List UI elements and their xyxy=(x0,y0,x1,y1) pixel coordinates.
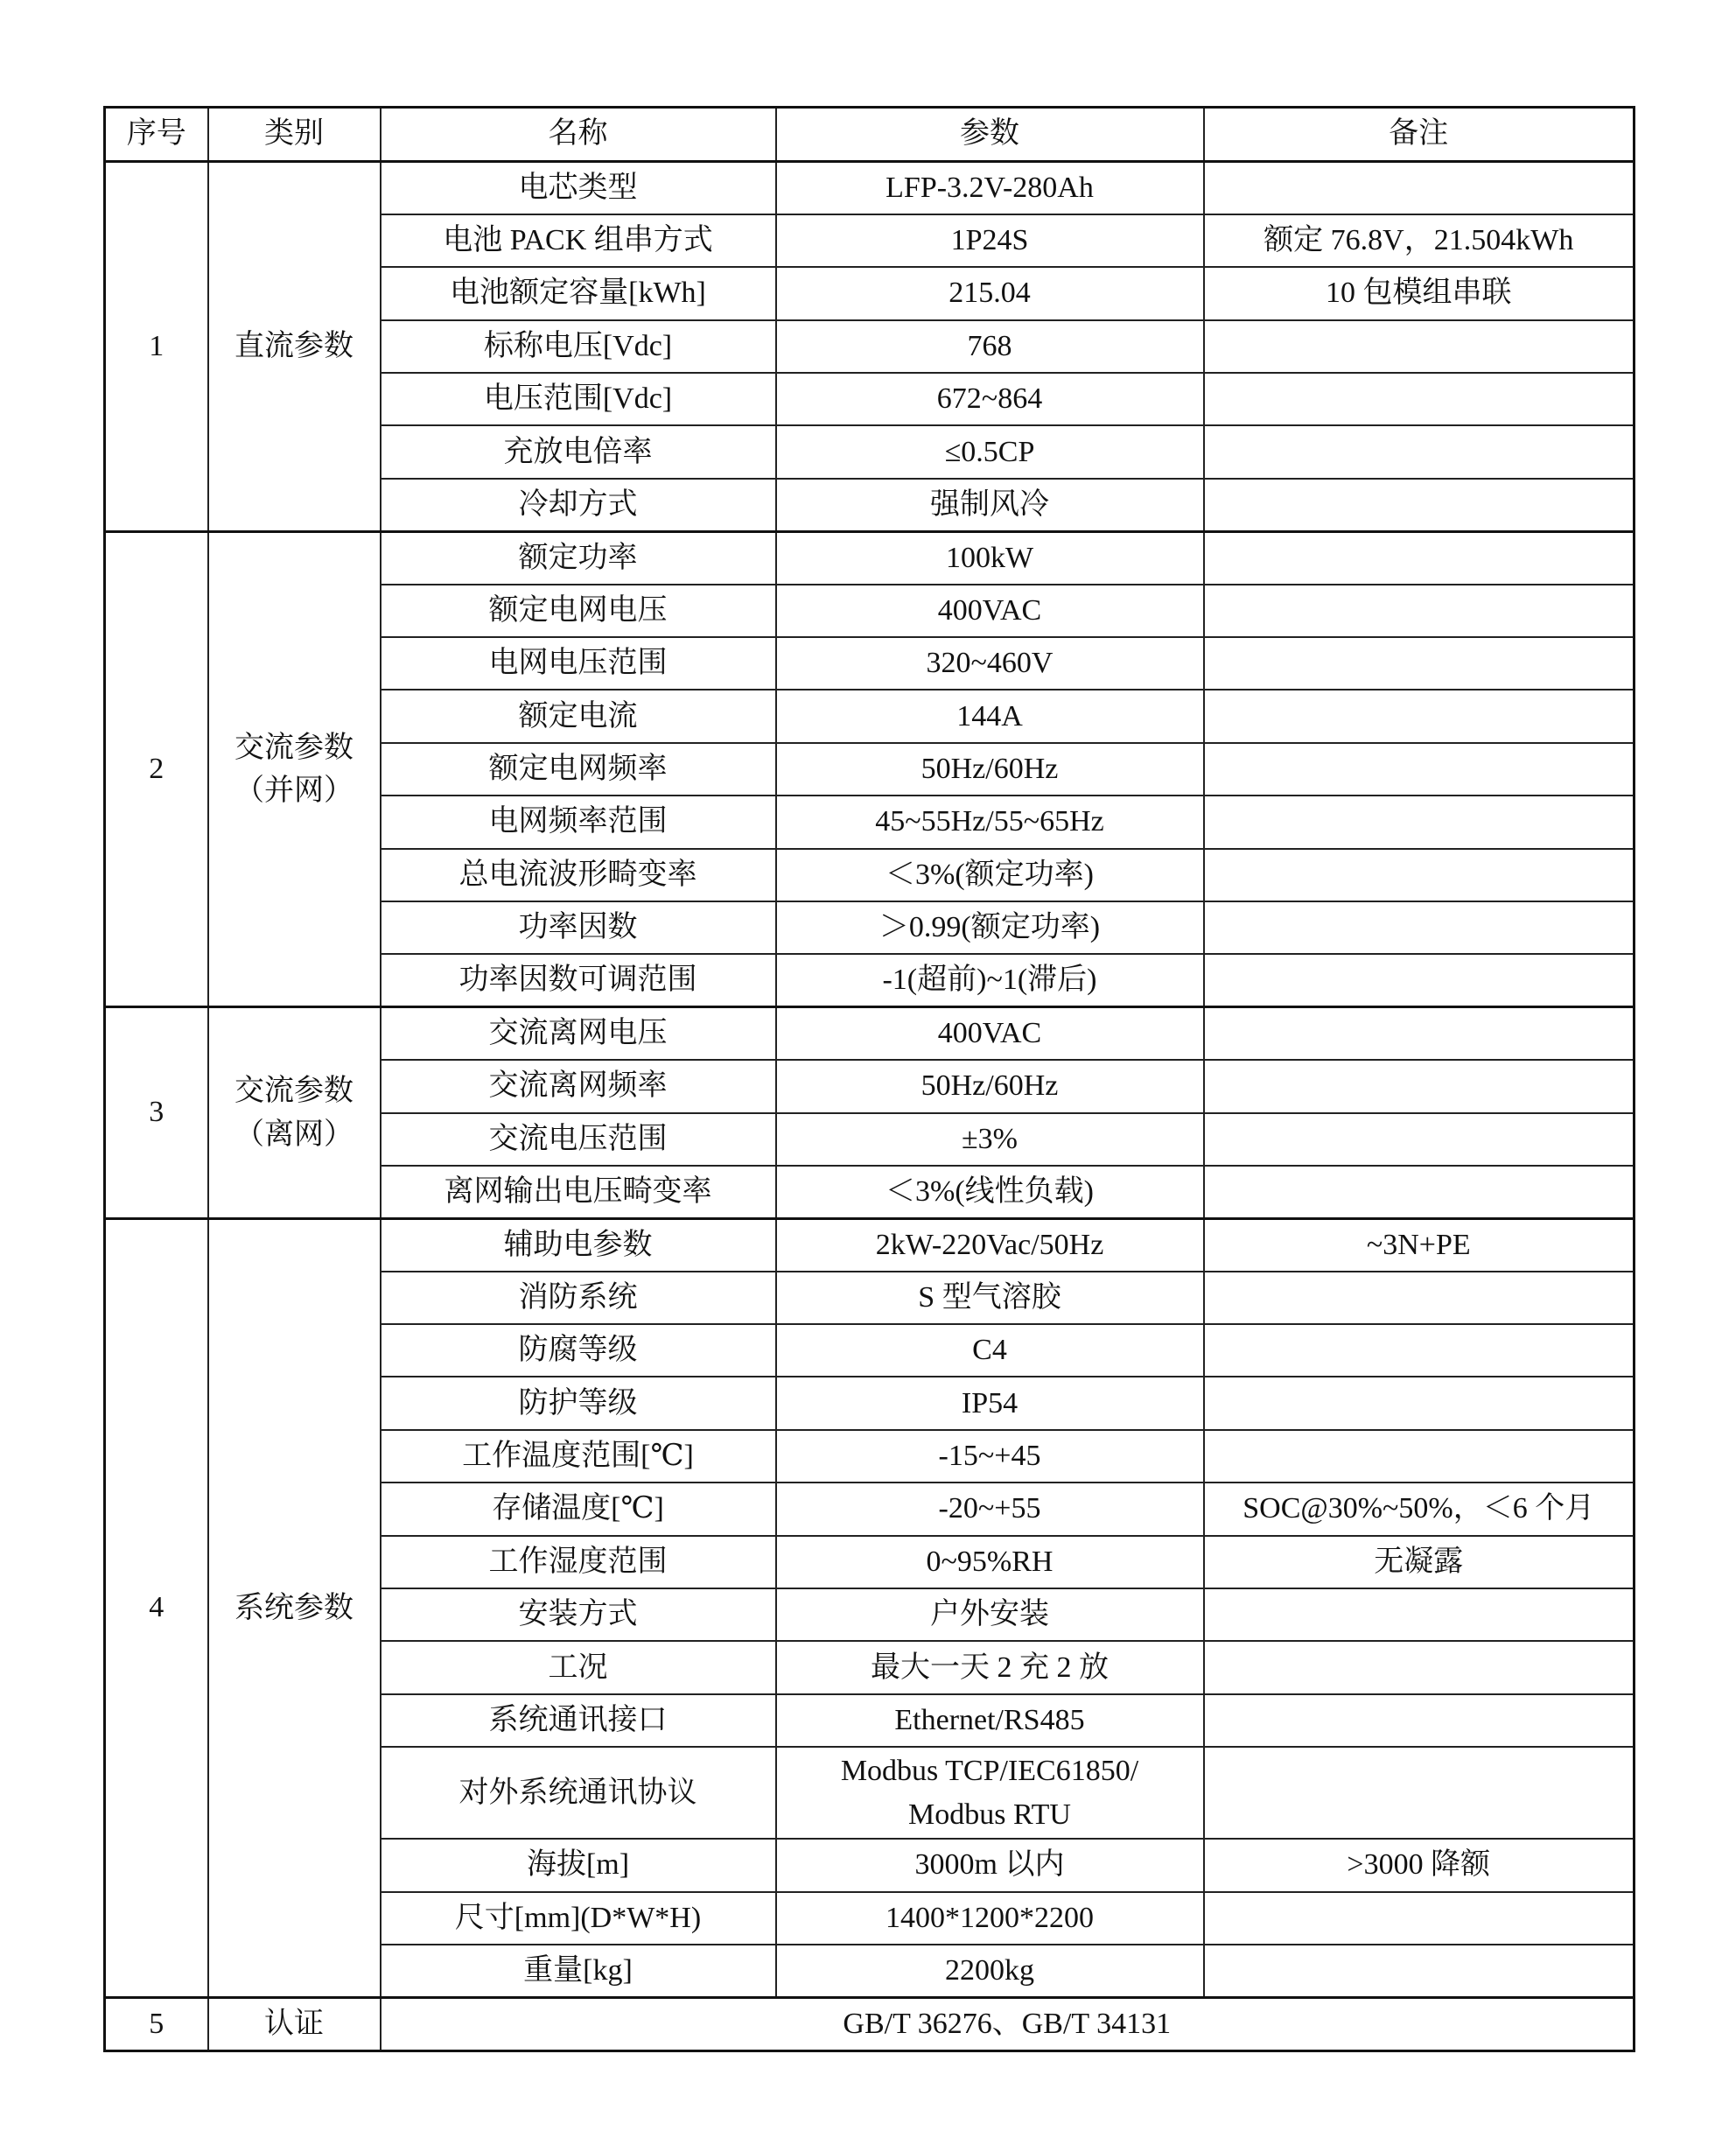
row-name: 交流离网频率 xyxy=(381,1060,776,1112)
row-name: 对外系统通讯协议 xyxy=(381,1747,776,1839)
row-parameter: 768 xyxy=(776,320,1204,373)
section-dc: 1 直流参数 电芯类型 LFP-3.2V-280Ah 电池 PACK 组串方式 … xyxy=(105,162,1634,532)
row-parameter: -1(超前)~1(滞后) xyxy=(776,954,1204,1006)
row-remark xyxy=(1204,1430,1634,1483)
section-number: 5 xyxy=(105,1997,208,2050)
row-name: 安装方式 xyxy=(381,1588,776,1641)
row-name: 离网输出电压畸变率 xyxy=(381,1166,776,1218)
section-category: 直流参数 xyxy=(208,162,381,532)
row-name: 电压范围[Vdc] xyxy=(381,373,776,425)
row-name: 工作湿度范围 xyxy=(381,1536,776,1588)
table-row: 1 直流参数 电芯类型 LFP-3.2V-280Ah xyxy=(105,162,1634,214)
section-category: 交流参数 （离网） xyxy=(208,1007,381,1219)
table-row: 3 交流参数 （离网） 交流离网电压 400VAC xyxy=(105,1007,1634,1060)
row-parameter: 户外安装 xyxy=(776,1588,1204,1641)
row-remark xyxy=(1204,1377,1634,1429)
row-parameter: ≤0.5CP xyxy=(776,425,1204,478)
row-name: 防护等级 xyxy=(381,1377,776,1429)
row-name: 电池 PACK 组串方式 xyxy=(381,214,776,267)
row-remark xyxy=(1204,585,1634,637)
table-row: 4 系统参数 辅助电参数 2kW-220Vac/50Hz ~3N+PE xyxy=(105,1218,1634,1271)
row-name: 充放电倍率 xyxy=(381,425,776,478)
row-name: 冷却方式 xyxy=(381,479,776,531)
table-row: 2 交流参数 （并网） 额定功率 100kW xyxy=(105,531,1634,584)
certification-value: GB/T 36276、GB/T 34131 xyxy=(381,1997,1634,2050)
row-remark xyxy=(1204,479,1634,531)
section-ac-grid: 2 交流参数 （并网） 额定功率 100kW 额定电网电压 400VAC 电网电… xyxy=(105,531,1634,1007)
row-parameter: 100kW xyxy=(776,531,1204,584)
row-name: 尺寸[mm](D*W*H) xyxy=(381,1892,776,1945)
row-name: 存储温度[℃] xyxy=(381,1483,776,1535)
header-category: 类别 xyxy=(208,108,381,162)
row-parameter: C4 xyxy=(776,1324,1204,1377)
row-parameter: Modbus TCP/IEC61850/ Modbus RTU xyxy=(776,1747,1204,1839)
section-category: 交流参数 （并网） xyxy=(208,531,381,1007)
row-remark: 额定 76.8V，21.504kWh xyxy=(1204,214,1634,267)
row-remark xyxy=(1204,796,1634,848)
row-parameter: 1400*1200*2200 xyxy=(776,1892,1204,1945)
header-parameter: 参数 xyxy=(776,108,1204,162)
row-remark xyxy=(1204,637,1634,690)
row-parameter: 2kW-220Vac/50Hz xyxy=(776,1218,1204,1271)
row-remark xyxy=(1204,1694,1634,1747)
row-remark xyxy=(1204,373,1634,425)
row-parameter: 400VAC xyxy=(776,585,1204,637)
row-remark xyxy=(1204,1060,1634,1112)
row-name: 功率因数可调范围 xyxy=(381,954,776,1006)
row-name: 防腐等级 xyxy=(381,1324,776,1377)
row-name: 电芯类型 xyxy=(381,162,776,214)
row-name: 交流离网电压 xyxy=(381,1007,776,1060)
row-name: 消防系统 xyxy=(381,1272,776,1324)
section-system: 4 系统参数 辅助电参数 2kW-220Vac/50Hz ~3N+PE 消防系统… xyxy=(105,1218,1634,1997)
row-parameter: 强制风冷 xyxy=(776,479,1204,531)
row-name: 额定电网电压 xyxy=(381,585,776,637)
row-remark xyxy=(1204,1007,1634,1060)
row-name: 额定功率 xyxy=(381,531,776,584)
row-parameter: 最大一天 2 充 2 放 xyxy=(776,1641,1204,1693)
row-parameter: 50Hz/60Hz xyxy=(776,1060,1204,1112)
row-parameter: 320~460V xyxy=(776,637,1204,690)
section-number: 1 xyxy=(105,162,208,532)
header-no: 序号 xyxy=(105,108,208,162)
row-parameter: ＜3%(线性负载) xyxy=(776,1166,1204,1218)
row-name: 电网电压范围 xyxy=(381,637,776,690)
row-remark xyxy=(1204,1113,1634,1166)
row-parameter: ±3% xyxy=(776,1113,1204,1166)
row-name: 额定电网频率 xyxy=(381,743,776,796)
row-parameter: 0~95%RH xyxy=(776,1536,1204,1588)
row-remark xyxy=(1204,901,1634,954)
row-parameter-line1: Modbus TCP/IEC61850/ xyxy=(782,1749,1198,1792)
row-remark xyxy=(1204,425,1634,478)
row-parameter: 1P24S xyxy=(776,214,1204,267)
row-parameter: IP54 xyxy=(776,1377,1204,1429)
row-parameter: 144A xyxy=(776,690,1204,742)
row-name: 功率因数 xyxy=(381,901,776,954)
row-remark xyxy=(1204,1892,1634,1945)
row-remark xyxy=(1204,320,1634,373)
row-parameter: 672~864 xyxy=(776,373,1204,425)
row-name: 标称电压[Vdc] xyxy=(381,320,776,373)
section-category: 系统参数 xyxy=(208,1218,381,1997)
row-name: 系统通讯接口 xyxy=(381,1694,776,1747)
row-name: 海拔[m] xyxy=(381,1839,776,1891)
row-remark: 无凝露 xyxy=(1204,1536,1634,1588)
row-remark xyxy=(1204,162,1634,214)
row-remark xyxy=(1204,1272,1634,1324)
row-name: 电池额定容量[kWh] xyxy=(381,267,776,319)
row-remark: ~3N+PE xyxy=(1204,1218,1634,1271)
row-remark xyxy=(1204,849,1634,901)
row-parameter: Ethernet/RS485 xyxy=(776,1694,1204,1747)
section-certification: 5 认证 GB/T 36276、GB/T 34131 xyxy=(105,1997,1634,2050)
row-parameter: ＞0.99(额定功率) xyxy=(776,901,1204,954)
table-row: 5 认证 GB/T 36276、GB/T 34131 xyxy=(105,1997,1634,2050)
row-remark: SOC@30%~50%，＜6 个月 xyxy=(1204,1483,1634,1535)
row-remark: 10 包模组串联 xyxy=(1204,267,1634,319)
row-name: 辅助电参数 xyxy=(381,1218,776,1271)
header-remark: 备注 xyxy=(1204,108,1634,162)
spec-table: 序号 类别 名称 参数 备注 1 直流参数 电芯类型 LFP-3.2V-280A… xyxy=(103,106,1635,2052)
section-number: 4 xyxy=(105,1218,208,1997)
row-name: 重量[kg] xyxy=(381,1945,776,1997)
row-parameter: -15~+45 xyxy=(776,1430,1204,1483)
section-ac-offgrid: 3 交流参数 （离网） 交流离网电压 400VAC 交流离网频率 50Hz/60… xyxy=(105,1007,1634,1219)
header-name: 名称 xyxy=(381,108,776,162)
row-remark xyxy=(1204,1588,1634,1641)
row-parameter: -20~+55 xyxy=(776,1483,1204,1535)
row-remark xyxy=(1204,1166,1634,1218)
row-remark xyxy=(1204,1641,1634,1693)
section-number: 3 xyxy=(105,1007,208,1219)
row-remark xyxy=(1204,954,1634,1006)
row-name: 工作温度范围[℃] xyxy=(381,1430,776,1483)
row-parameter: 400VAC xyxy=(776,1007,1204,1060)
row-name: 总电流波形畸变率 xyxy=(381,849,776,901)
section-category-line1: 交流参数 xyxy=(214,726,374,769)
row-parameter: ＜3%(额定功率) xyxy=(776,849,1204,901)
row-remark xyxy=(1204,743,1634,796)
row-remark xyxy=(1204,690,1634,742)
row-parameter-line2: Modbus RTU xyxy=(782,1793,1198,1836)
row-remark xyxy=(1204,1747,1634,1839)
row-parameter: 2200kg xyxy=(776,1945,1204,1997)
row-name: 交流电压范围 xyxy=(381,1113,776,1166)
row-remark xyxy=(1204,1945,1634,1997)
row-name: 工况 xyxy=(381,1641,776,1693)
row-name: 电网频率范围 xyxy=(381,796,776,848)
row-parameter: 50Hz/60Hz xyxy=(776,743,1204,796)
section-category-line2: （离网） xyxy=(214,1113,374,1156)
row-parameter: S 型气溶胶 xyxy=(776,1272,1204,1324)
header-row: 序号 类别 名称 参数 备注 xyxy=(105,108,1634,162)
row-remark xyxy=(1204,531,1634,584)
section-category: 认证 xyxy=(208,1997,381,2050)
row-parameter: LFP-3.2V-280Ah xyxy=(776,162,1204,214)
row-name: 额定电流 xyxy=(381,690,776,742)
row-parameter: 215.04 xyxy=(776,267,1204,319)
section-category-line1: 交流参数 xyxy=(214,1069,374,1112)
row-remark xyxy=(1204,1324,1634,1377)
section-category-line2: （并网） xyxy=(214,769,374,812)
section-number: 2 xyxy=(105,531,208,1007)
row-remark: >3000 降额 xyxy=(1204,1839,1634,1891)
row-parameter: 45~55Hz/55~65Hz xyxy=(776,796,1204,848)
row-parameter: 3000m 以内 xyxy=(776,1839,1204,1891)
